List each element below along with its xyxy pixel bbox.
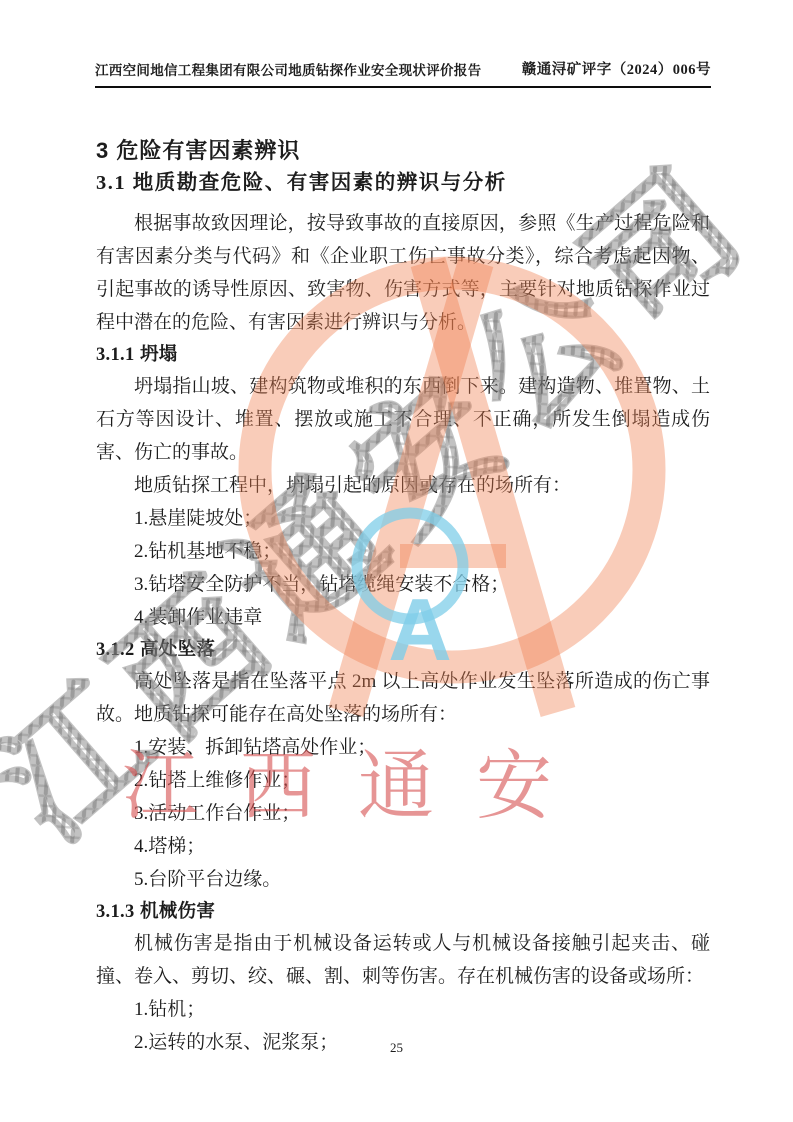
subsection-heading-3-1-2: 3.1.2 高处坠落: [96, 634, 710, 665]
document-body: 3 危险有害因素辨识 3.1 地质勘查危险、有害因素的辨识与分析 根据事故致因理…: [96, 138, 710, 1059]
list-item: 1.悬崖陡坡处；: [96, 502, 710, 535]
subsection-number: 3.1.2: [96, 640, 135, 660]
subsection-number: 3.1.1: [96, 345, 135, 365]
subsection-number: 3.1.3: [96, 902, 135, 922]
subsection-name: 高处坠落: [140, 638, 215, 659]
intro-paragraph: 根据事故致因理论，按导致事故的直接原因，参照《生产过程危险和有害因素分类与代码》…: [96, 207, 710, 339]
list-item: 4.装卸作业违章: [96, 601, 710, 634]
paragraph: 高处坠落是指在坠落平点 2m 以上高处作业发生坠落所造成的伤亡事故。地质钻探可能…: [96, 665, 710, 731]
list-item: 4.塔梯；: [96, 830, 710, 863]
subsection-name: 坍塌: [140, 343, 178, 364]
header-doc-number: 赣通浔矿评字（2024）006号: [522, 58, 711, 79]
subsection-heading-3-1-3: 3.1.3 机械伤害: [96, 896, 710, 927]
paragraph: 地质钻探工程中，坍塌引起的原因或存在的场所有：: [96, 469, 710, 502]
header-report-title: 江西空间地信工程集团有限公司地质钻探作业安全现状评价报告: [95, 59, 481, 79]
subsection-heading-3-1-1: 3.1.1 坍塌: [96, 339, 710, 370]
chapter-heading: 3 危险有害因素辨识: [96, 138, 710, 164]
paragraph: 坍塌指山坡、建构筑物或堆积的东西倒下来。建构造物、堆置物、土石方等因设计、堆置、…: [96, 370, 710, 469]
document-page: 江西空间地信工程集团有限公司地质钻探作业安全现状评价报告 赣通浔矿评字（2024…: [0, 0, 793, 1122]
paragraph: 机械伤害是指由于机械设备运转或人与机械设备接触引起夹击、碰撞、卷入、剪切、绞、碾…: [96, 927, 710, 993]
list-item: 2.钻机基地不稳；: [96, 535, 710, 568]
list-item: 1.钻机；: [96, 993, 710, 1026]
list-item: 5.台阶平台边缘。: [96, 863, 710, 896]
list-item: 3.钻塔安全防护不当，钻塔缆绳安装不合格；: [96, 568, 710, 601]
page-header: 江西空间地信工程集团有限公司地质钻探作业安全现状评价报告 赣通浔矿评字（2024…: [95, 58, 711, 88]
list-item: 1.安装、拆卸钻塔高处作业；: [96, 731, 710, 764]
page-number: 25: [0, 1040, 793, 1056]
list-item: 3.活动工作台作业；: [96, 797, 710, 830]
section-heading-3-1: 3.1 地质勘查危险、有害因素的辨识与分析: [96, 170, 710, 197]
list-item: 2.钻塔上维修作业；: [96, 764, 710, 797]
subsection-name: 机械伤害: [140, 900, 215, 921]
